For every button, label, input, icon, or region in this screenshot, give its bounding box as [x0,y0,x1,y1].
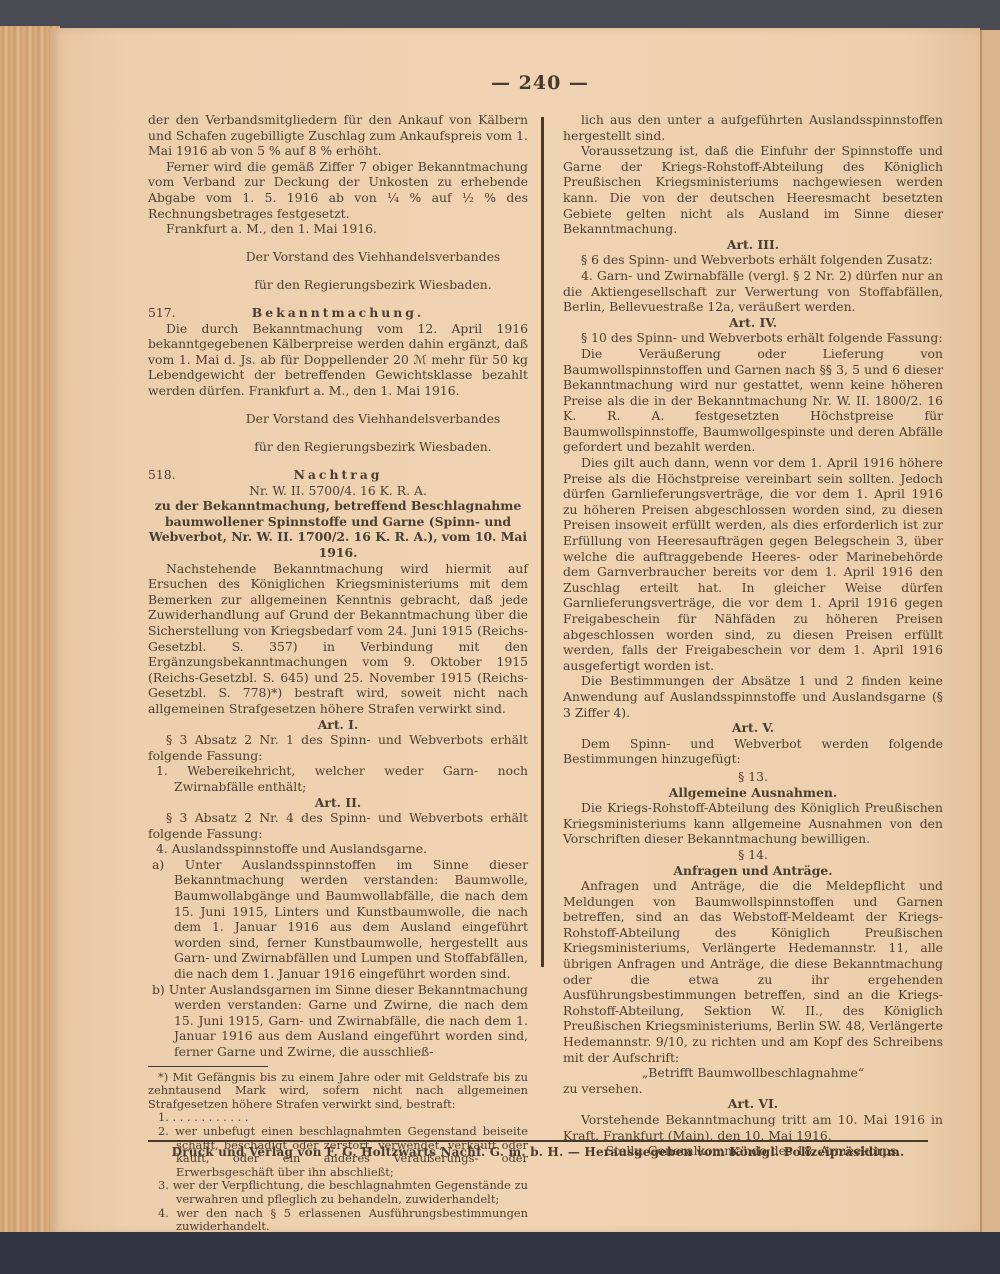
article-body: Vorstehende Bekanntmachung tritt am 10. … [563,1112,943,1143]
section-517-header: 517. Bekanntmachung. [148,305,528,321]
article-body: Dem Spinn- und Webverbot werden folgende… [563,736,943,767]
footnote-item: 4. wer den nach § 5 erlassenen Ausführun… [148,1207,528,1234]
imprint-line: Druck und Verlag von F. G. Holtzwarts Na… [148,1145,928,1159]
article-body: Die Veräußerung oder Lieferung von Baumw… [563,346,943,455]
section-number: 517. [148,305,188,321]
signature-line: für den Regierungsbezirk Wiesbaden. [148,277,528,293]
paragraph-heading: § 13. [563,769,943,785]
paragraph-body: Anfragen und Anträge, die die Meldepflic… [563,878,943,1065]
sub-item-b: b) Unter Auslandsgarnen im Sinne dieser … [148,982,528,1060]
sub-item-a: a) Unter Auslandsspinnstoffen im Sinne d… [148,857,528,982]
column-divider [541,117,544,967]
signature-line: für den Regierungsbezirk Wiesbaden. [148,439,528,455]
section-517-body: Die durch Bekanntmachung vom 12. April 1… [148,321,528,399]
article-body: Die Bestimmungen der Absätze 1 und 2 fin… [563,673,943,720]
article-item: 4. Garn- und Zwirnabfälle (vergl. § 2 Nr… [563,268,943,315]
article-heading: Art. II. [148,795,528,811]
article-heading: Art. V. [563,720,943,736]
section-title: Bekanntmachung. [188,305,528,321]
paragraph-title: Allgemeine Ausnahmen. [563,785,943,801]
article-body: § 10 des Spinn- und Webverbots erhält fo… [563,330,943,346]
article-item: 1. Webereikehricht, welcher weder Garn- … [148,763,528,794]
article-heading: Art. I. [148,717,528,733]
article-heading: Art. III. [563,237,943,253]
section-number: 518. [148,467,188,483]
continued-paragraph: lich aus den unter a aufgeführten Auslan… [563,112,943,143]
signature-line: Der Vorstand des Viehhandelsverbandes [148,249,528,265]
left-column: der den Verbandsmitgliedern für den Anka… [148,112,528,1234]
article-body: Dies gilt auch dann, wenn vor dem 1. Apr… [563,455,943,673]
quoted-subject: „Betrifft Baumwollbeschlagnahme“ [563,1065,943,1081]
intro-paragraph: der den Verbandsmitgliedern für den Anka… [148,112,528,159]
paragraph: Voraussetzung ist, daß die Einfuhr der S… [563,143,943,237]
intro-paragraph: Ferner wird die gemäß Ziffer 7 obiger Be… [148,159,528,221]
section-subtitle: zu der Bekanntmachung, betreffend Beschl… [148,498,528,560]
desk-background-top [0,0,1000,30]
footnote-item: 1. . . . . . . . . . . . [148,1111,528,1125]
article-heading: Art. VI. [563,1096,943,1112]
paragraph-title: Anfragen und Anträge. [563,863,943,879]
section-518-intro: Nachstehende Bekanntmachung wird hiermit… [148,561,528,717]
reference-number: Nr. W. II. 5700/4. 16 K. R. A. [148,483,528,499]
article-heading: Art. IV. [563,315,943,331]
signature-line: Der Vorstand des Viehhandelsverbandes [148,411,528,427]
footnote-rule [148,1066,268,1067]
article-body: § 3 Absatz 2 Nr. 1 des Spinn- und Webver… [148,732,528,763]
page-number: — 240 — [440,72,640,94]
section-title: Nachtrag [188,467,528,483]
right-column: lich aus den unter a aufgeführten Auslan… [563,112,943,1159]
imprint-rule [148,1140,928,1142]
footnote-text: *) Mit Gefängnis bis zu einem Jahre oder… [148,1071,528,1112]
section-518-header: 518. Nachtrag [148,467,528,483]
footnote-item: 3. wer der Verpflichtung, die beschlagna… [148,1179,528,1206]
desk-background-bottom [0,1232,1000,1274]
paragraph-end: zu versehen. [563,1081,943,1097]
article-item: 4. Auslandsspinnstoffe und Auslandsgarne… [148,841,528,857]
paragraph-heading: § 14. [563,847,943,863]
article-body: § 6 des Spinn- und Webverbots erhält fol… [563,252,943,268]
place-date: Frankfurt a. M., den 1. Mai 1916. [148,221,528,237]
facing-page-edge [980,30,1000,1235]
article-body: § 3 Absatz 2 Nr. 4 des Spinn- und Webver… [148,810,528,841]
paragraph-body: Die Kriegs-Rohstoff-Abteilung des Königl… [563,800,943,847]
